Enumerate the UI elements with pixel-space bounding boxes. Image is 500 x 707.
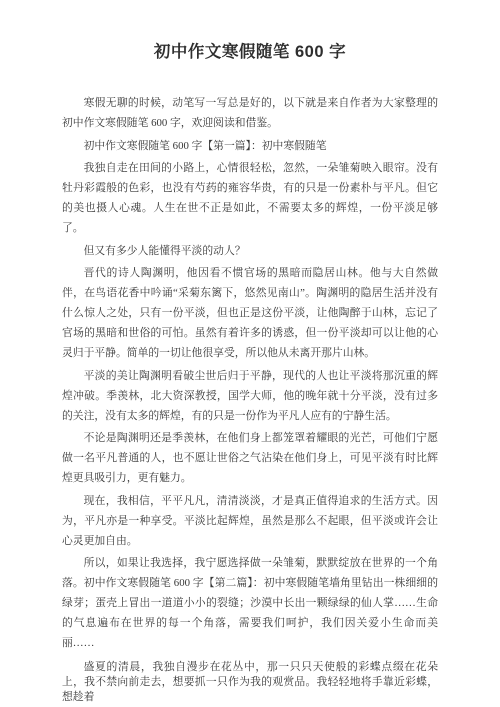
paragraph-heading-2: 所以，如果让我选择，我宁愿选择做一朵雏菊，默默绽放在世界的一个角落。初中作文寒假… (62, 553, 438, 653)
paragraph: 平淡的美让陶渊明看破尘世后归于平静，现代的人也让平淡将那沉重的辉煌冲破。季羡林，… (62, 366, 438, 426)
paragraph: 现在，我相信，平平凡凡，清清淡淡，才是真正值得追求的生活方式。因为，平凡亦是一种… (62, 491, 438, 551)
paragraph-intro: 寒假无聊的时候，动笔写一写总是好的，以下就是来自作者为大家整理的初中作文寒假随笔… (62, 93, 438, 133)
page-title: 初中作文寒假随笔 600 字 (0, 38, 500, 62)
document-body: 寒假无聊的时候，动笔写一写总是好的，以下就是来自作者为大家整理的初中作文寒假随笔… (62, 93, 438, 707)
paragraph-heading-1: 初中作文寒假随笔 600 字【第一篇】：初中寒假随笔 (62, 136, 438, 156)
paragraph: 不论是陶渊明还是季羡林，在他们身上都笼罩着耀眼的光芒，可他们宁愿做一名平凡普通的… (62, 428, 438, 488)
paragraph: 我独自走在田间的小路上，心情很轻松，忽然，一朵雏菊映入眼帘。没有牡丹彩霞般的色彩… (62, 158, 438, 238)
paragraph: 晋代的诗人陶渊明，他因看不惯官场的黑暗而隐居山林。他与大自然做伴，在鸟语花香中吟… (62, 263, 438, 363)
paragraph: 盛夏的清晨，我独自漫步在花丛中，那一只只天使般的彩蝶点缀在花朵上，我不禁向前走去… (62, 660, 438, 705)
document-page: 初中作文寒假随笔 600 字 寒假无聊的时候，动笔写一写总是好的，以下就是来自作… (0, 0, 500, 707)
paragraph: 但又有多少人能懂得平淡的动人？ (62, 241, 438, 261)
